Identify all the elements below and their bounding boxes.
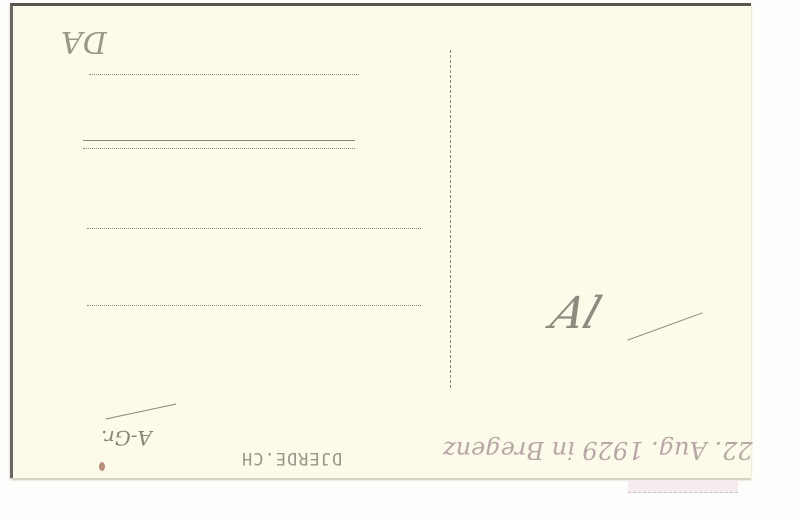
postcard-back: DA Al A-Gr. DJERDE.CH 22. Aug. 1929 in B… bbox=[10, 3, 751, 478]
address-line bbox=[89, 74, 359, 75]
address-line bbox=[87, 228, 421, 229]
corner-mark: DA bbox=[61, 24, 107, 59]
dealer-stamp: DJERDE.CH bbox=[241, 448, 342, 468]
address-line bbox=[83, 140, 355, 141]
stain-mark bbox=[99, 462, 105, 471]
address-line bbox=[87, 305, 421, 306]
inventory-stroke bbox=[106, 404, 177, 420]
signature-stroke bbox=[627, 312, 703, 340]
pink-edge bbox=[628, 480, 738, 493]
signature: Al bbox=[545, 288, 607, 339]
inventory-mark: A-Gr. bbox=[101, 426, 152, 450]
address-line bbox=[83, 148, 355, 149]
center-divider bbox=[450, 50, 451, 388]
handwritten-date: 22. Aug. 1929 in Bregenz bbox=[443, 436, 753, 464]
